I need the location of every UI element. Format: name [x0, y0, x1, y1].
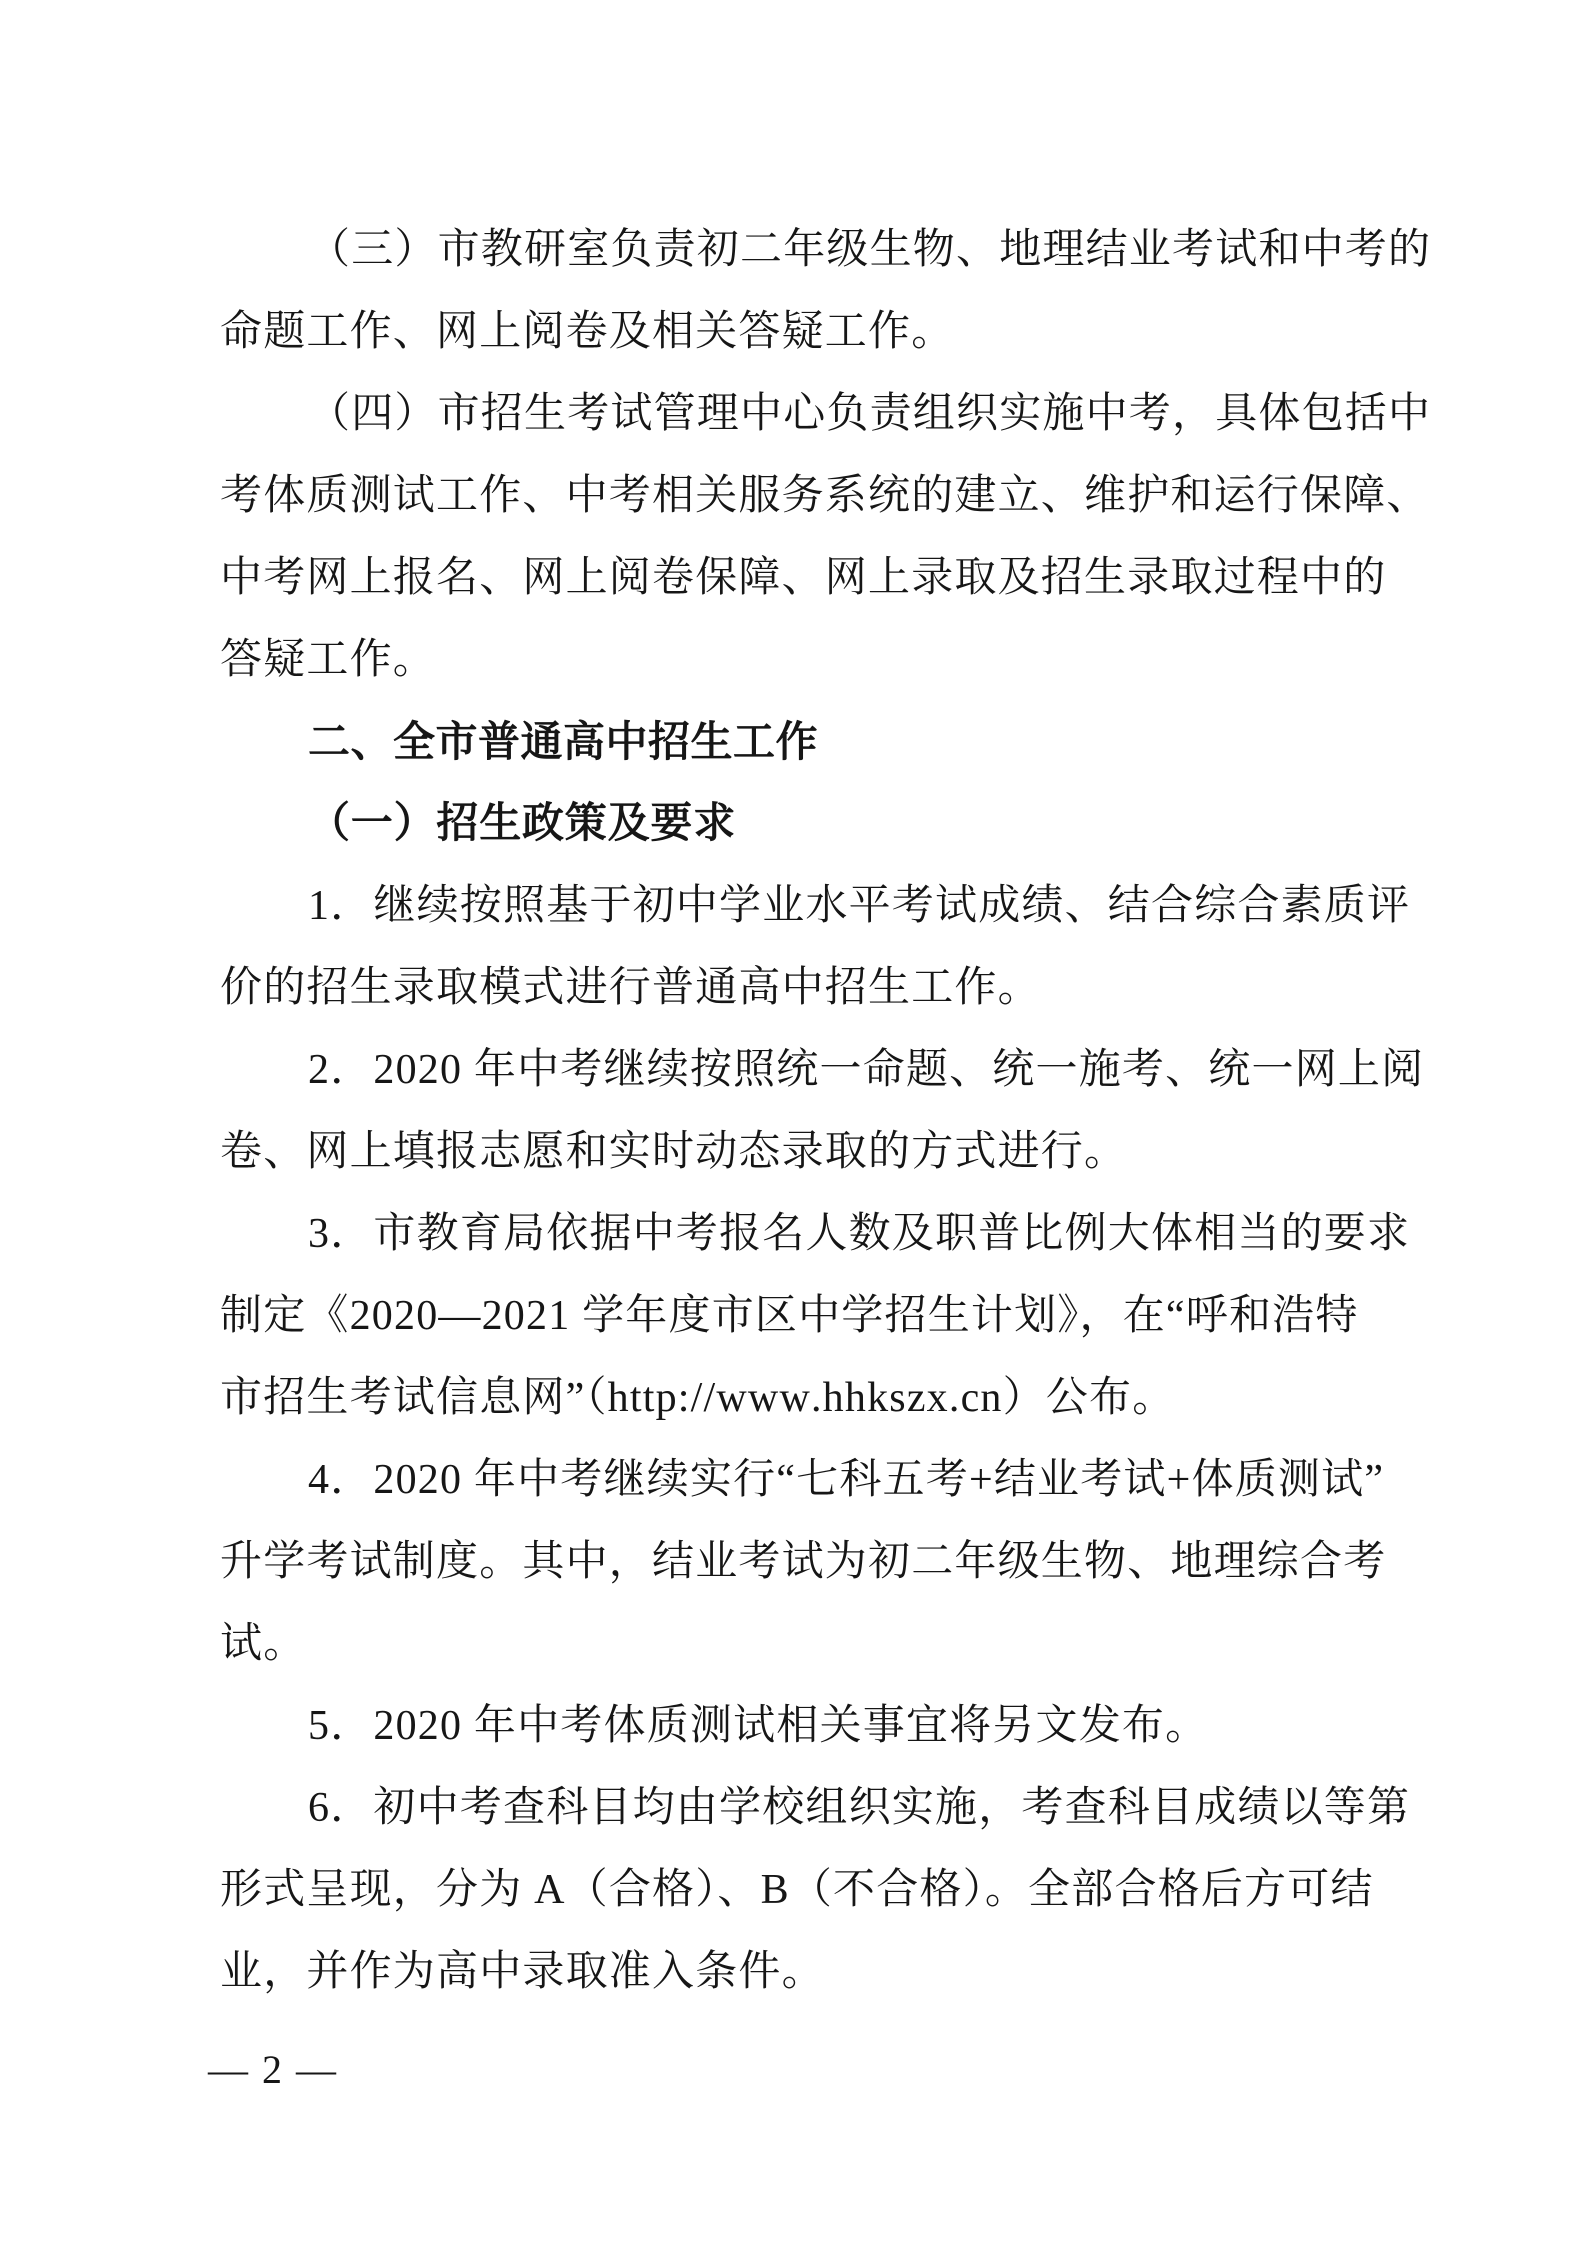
item-4-line-2: 升学考试制度。其中，结业考试为初二年级生物、地理综合考	[220, 1521, 1435, 1603]
page-number: — 2 —	[208, 2042, 338, 2098]
paragraph-3-line-2: 命题工作、网上阅卷及相关答疑工作。	[220, 291, 1435, 373]
document-body: （三）市教研室负责初二年级生物、地理结业考试和中考的 命题工作、网上阅卷及相关答…	[220, 209, 1435, 2013]
paragraph-4-line-4: 答疑工作。	[220, 619, 1435, 701]
item-1-line-2: 价的招生录取模式进行普通高中招生工作。	[220, 947, 1435, 1029]
paragraph-3-line-1: （三）市教研室负责初二年级生物、地理结业考试和中考的	[220, 209, 1435, 291]
item-6-line-1: 6．初中考查科目均由学校组织实施，考查科目成绩以等第	[220, 1767, 1435, 1849]
paragraph-4-line-3: 中考网上报名、网上阅卷保障、网上录取及招生录取过程中的	[220, 537, 1435, 619]
paragraph-4-line-2: 考体质测试工作、中考相关服务系统的建立、维护和运行保障、	[220, 455, 1435, 537]
item-2-line-1: 2．2020 年中考继续按照统一命题、统一施考、统一网上阅	[220, 1029, 1435, 1111]
item-3-line-1: 3．市教育局依据中考报名人数及职普比例大体相当的要求	[220, 1193, 1435, 1275]
section-heading: 二、全市普通高中招生工作	[220, 701, 1435, 783]
item-2-line-2: 卷、网上填报志愿和实时动态录取的方式进行。	[220, 1111, 1435, 1193]
paragraph-4-line-1: （四）市招生考试管理中心负责组织实施中考，具体包括中	[220, 373, 1435, 455]
item-4-line-1: 4．2020 年中考继续实行“七科五考+结业考试+体质测试”	[220, 1439, 1435, 1521]
item-3-line-3: 市招生考试信息网”（http://www.hhkszx.cn）公布。	[220, 1357, 1435, 1439]
item-5-line-1: 5．2020 年中考体质测试相关事宜将另文发布。	[220, 1685, 1435, 1767]
item-4-line-3: 试。	[220, 1603, 1435, 1685]
item-6-line-3: 业，并作为高中录取准入条件。	[220, 1931, 1435, 2013]
item-1-line-1: 1．继续按照基于初中学业水平考试成绩、结合综合素质评	[220, 865, 1435, 947]
subsection-heading: （一）招生政策及要求	[220, 783, 1435, 865]
document-page: （三）市教研室负责初二年级生物、地理结业考试和中考的 命题工作、网上阅卷及相关答…	[0, 0, 1587, 2245]
item-3-line-2: 制定《2020—2021 学年度市区中学招生计划》，在“呼和浩特	[220, 1275, 1435, 1357]
item-6-line-2: 形式呈现，分为 A（合格）、B（不合格）。全部合格后方可结	[220, 1849, 1435, 1931]
